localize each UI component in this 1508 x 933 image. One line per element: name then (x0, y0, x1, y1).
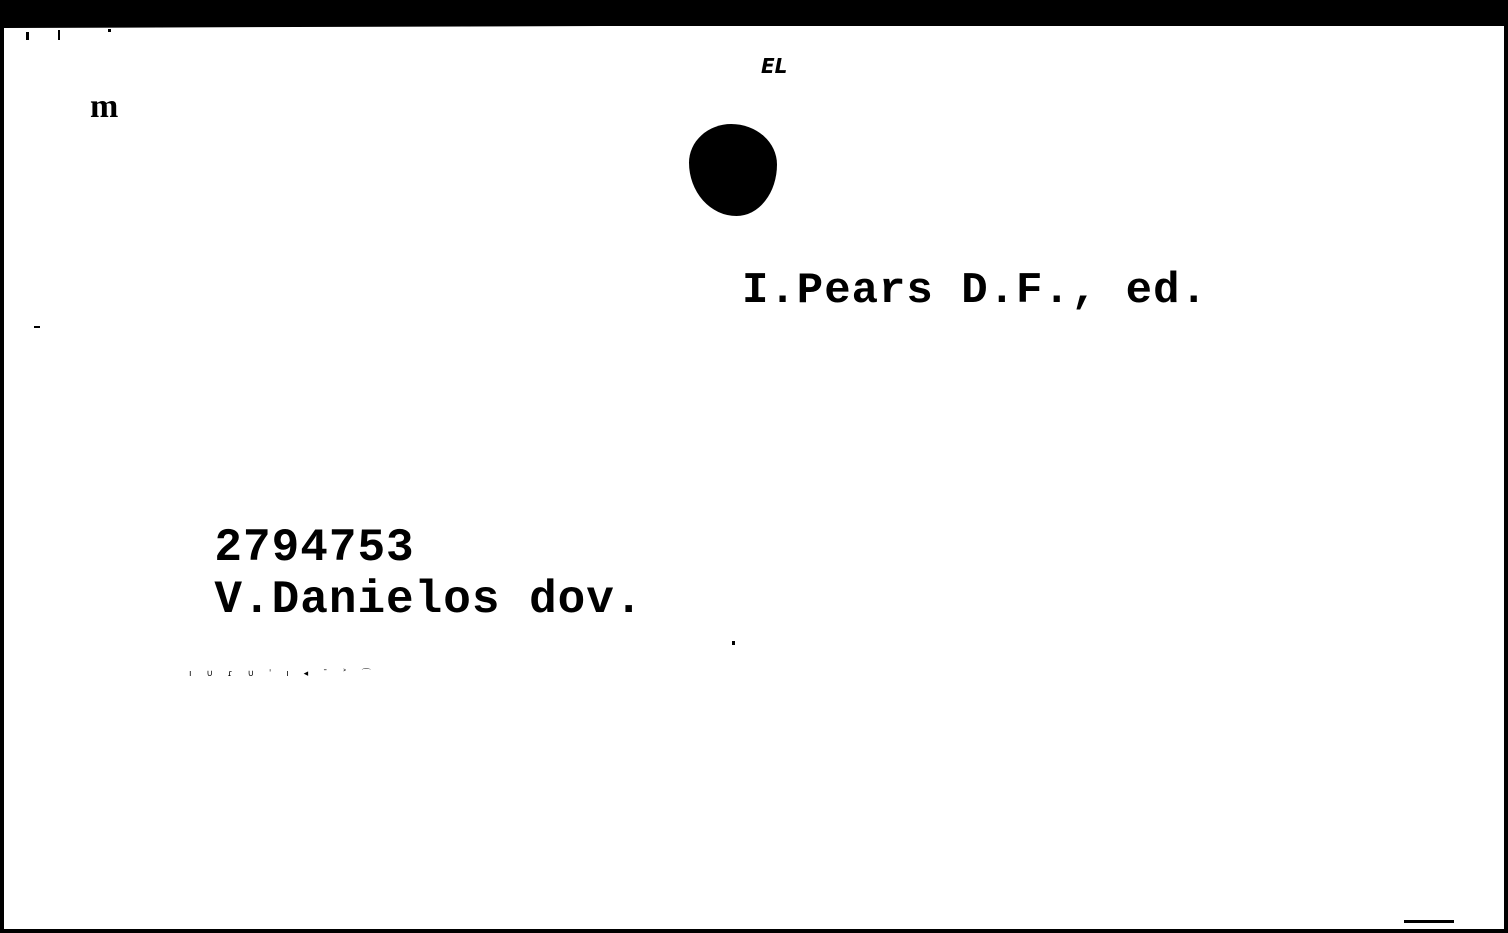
handwritten-note: EL (761, 54, 787, 78)
scan-speck (108, 29, 111, 32)
added-entry: I.Pears D.F., ed. (742, 266, 1208, 316)
scan-speck (34, 326, 40, 328)
scan-speck (58, 30, 60, 40)
corner-mark: m (90, 88, 117, 126)
entry-text: V.Danielos dov. (214, 574, 643, 626)
scan-speck (1404, 920, 1454, 923)
call-number: 2794753 (214, 522, 414, 574)
punch-hole (689, 124, 777, 216)
main-entry: 2794753 V.Danielos dov. (100, 470, 644, 678)
scan-speck (26, 32, 29, 40)
catalog-card: m EL I.Pears D.F., ed. 2794753 V.Danielo… (4, 26, 1504, 929)
faint-marks: ı ∪ ɾ ∪ ˈ ı ◂ ˉ ˃ ⌒ (189, 666, 377, 679)
scan-speck (732, 641, 735, 645)
